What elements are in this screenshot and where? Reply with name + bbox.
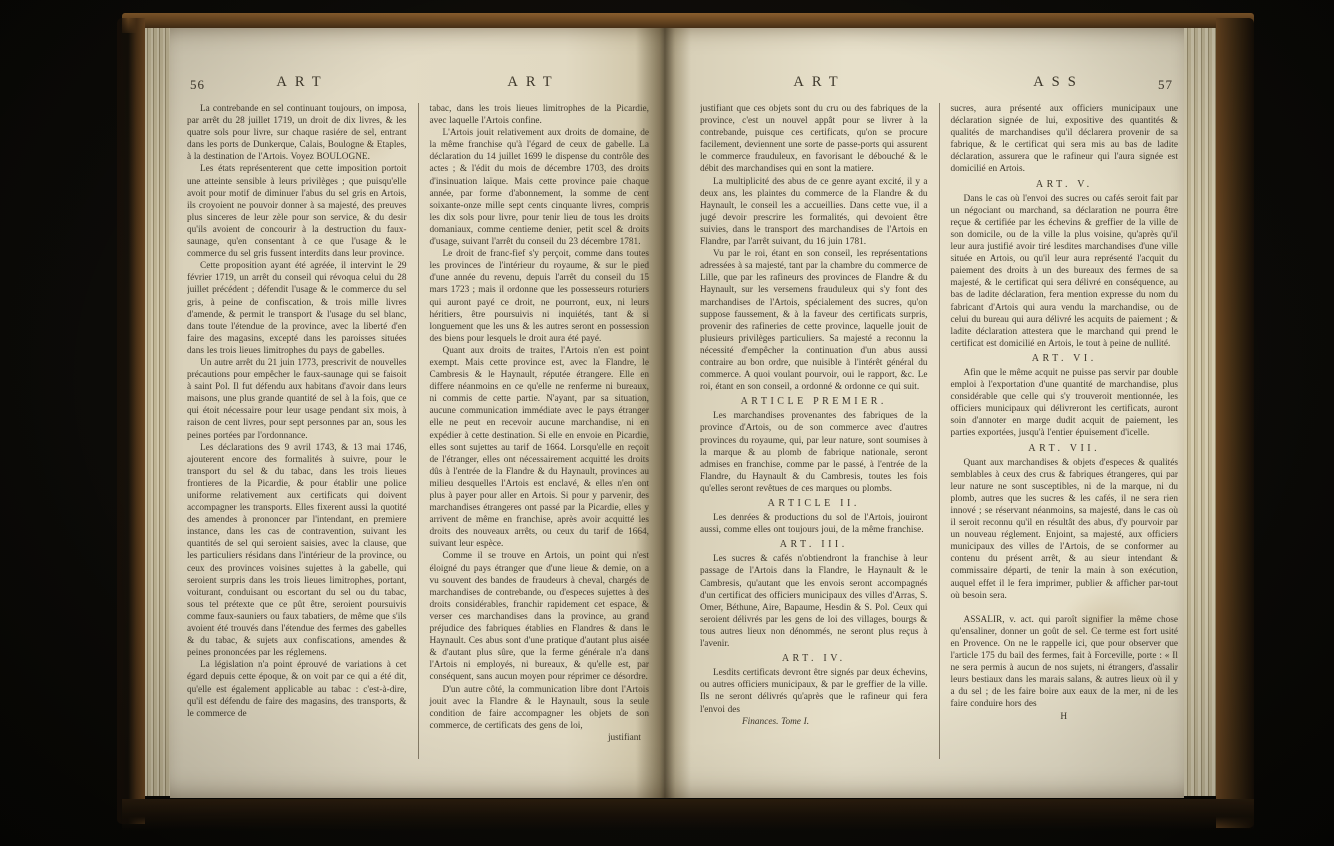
running-title: ART xyxy=(187,74,418,96)
text-paragraph: sucres, aura présenté aux officiers muni… xyxy=(951,103,1179,176)
book-page-left: 56 ART ART La contrebande en sel continu… xyxy=(170,28,664,798)
page-edges-right xyxy=(1184,28,1216,796)
article-heading: ART. V. xyxy=(951,179,1179,191)
leather-board-left xyxy=(117,18,145,824)
article-heading: ARTICLE PREMIER. xyxy=(700,396,928,408)
text-column: sucres, aura présenté aux officiers muni… xyxy=(939,103,1179,759)
running-title: ART xyxy=(700,74,939,96)
text-paragraph: Un autre arrêt du 21 juin 1773, prescriv… xyxy=(187,357,407,442)
leather-board-right xyxy=(1216,18,1254,828)
article-heading: ART. III. xyxy=(700,539,928,551)
text-column: tabac, dans les trois lieues limitrophes… xyxy=(418,103,650,759)
running-head-right-page: ART ASS 57 xyxy=(700,74,1178,96)
book-photograph: 56 ART ART La contrebande en sel continu… xyxy=(0,0,1334,846)
running-title: ASS xyxy=(939,74,1178,96)
text-paragraph: Cette proposition ayant été agréée, il i… xyxy=(187,260,407,357)
text-column: justifiant que ces objets sont du cru ou… xyxy=(700,103,928,759)
text-paragraph: Comme il se trouve en Artois, un point q… xyxy=(430,550,650,683)
article-heading: ART. VI. xyxy=(951,353,1179,365)
text-column: La contrebande en sel continuant toujour… xyxy=(187,103,407,759)
page-number: 57 xyxy=(1158,77,1173,93)
running-title: ART xyxy=(418,74,649,96)
text-paragraph: Le droit de franc-fief s'y perçoit, comm… xyxy=(430,248,650,345)
book-page-right: ART ASS 57 justifiant que ces objets son… xyxy=(664,28,1184,798)
catchword: justifiant xyxy=(430,732,650,744)
text-paragraph: Vu par le roi, étant en son conseil, les… xyxy=(700,248,928,393)
text-paragraph: Les déclarations des 9 avril 1743, & 13 … xyxy=(187,442,407,660)
running-head-left-page: 56 ART ART xyxy=(187,74,649,96)
text-paragraph: Les états représenterent que cette impos… xyxy=(187,163,407,260)
text-paragraph: Quant aux droits de traites, l'Artois n'… xyxy=(430,345,650,551)
signature-mark: H xyxy=(951,711,1179,723)
page-edges-left xyxy=(145,28,170,796)
text-paragraph: Lesdits certificats devront être signés … xyxy=(700,667,928,715)
article-heading: ARTICLE II. xyxy=(700,498,928,510)
text-paragraph: Les sucres & cafés n'obtiendront la fran… xyxy=(700,553,928,650)
text-paragraph: La contrebande en sel continuant toujour… xyxy=(187,103,407,163)
page-number: 56 xyxy=(190,77,205,93)
text-paragraph: D'un autre côté, la communication libre … xyxy=(430,684,650,732)
text-paragraph: L'Artois jouit relativement aux droits d… xyxy=(430,127,650,248)
text-paragraph: ASSALIR, v. act. qui paroît signifier la… xyxy=(951,614,1179,711)
text-paragraph: La multiplicité des abus de ce genre aya… xyxy=(700,176,928,249)
text-paragraph: Les denrées & productions du sol de l'Ar… xyxy=(700,512,928,536)
text-paragraph: Les marchandises provenantes des fabriqu… xyxy=(700,410,928,495)
article-heading: ART. IV. xyxy=(700,653,928,665)
signature-mark: Finances. Tome I. xyxy=(700,716,928,728)
text-paragraph: Quant aux marchandises & objets d'espece… xyxy=(951,457,1179,602)
leather-board-bottom-edge xyxy=(122,799,1254,831)
text-paragraph: La législation n'a point éprouvé de vari… xyxy=(187,659,407,719)
article-heading: ART. VII. xyxy=(951,443,1179,455)
text-paragraph: justifiant que ces objets sont du cru ou… xyxy=(700,103,928,176)
text-paragraph: tabac, dans les trois lieues limitrophes… xyxy=(430,103,650,127)
text-paragraph: Dans le cas où l'envoi des sucres ou caf… xyxy=(951,193,1179,350)
text-paragraph: Afin que le même acquit ne puisse pas se… xyxy=(951,367,1179,440)
